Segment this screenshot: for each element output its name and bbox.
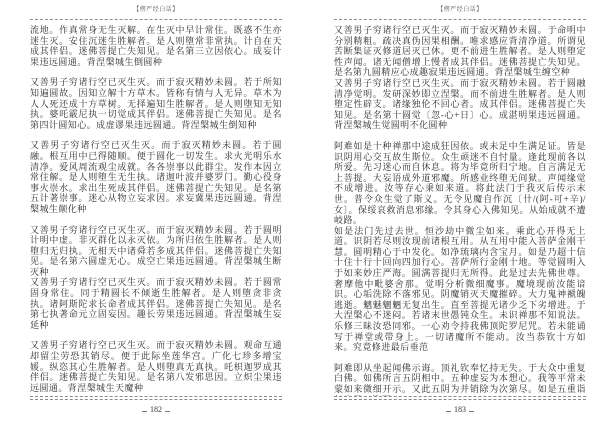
page-number: 182 [30,405,282,414]
footer-divider [334,396,586,400]
page-header-title: 【楞严经白话】 [30,6,282,15]
page-left: 【楞严经白话】 流地。作真常身无生灭解。在生灭中早计常住。既惑不生亦迷生灭。安住… [0,0,300,424]
page-right-footer: 183 [334,396,586,414]
page-number-dash [165,411,170,412]
body-paragraph: 又善男子穷诸行空已灭生灭。而于寂灭精妙未圆。若于所知知遍圆故。因知立解十方草木。… [30,77,282,130]
page-right-body: 又善男子穷诸行空已灭生灭。而于寂灭精妙未圆。于命明中分别精粗。疏决真伪因果相酬。… [334,20,586,396]
body-paragraph: 又善男子穷诸行空已灭生灭。而于寂灭精妙未圆。于命明中分别精粗。疏决真伪因果相酬。… [334,25,586,78]
body-paragraph: 阿难如是十种禅那中途成狂因依。或未足中生满足证。皆是识阴用心交互故生斯位。众生顽… [334,141,586,226]
page-header-title: 【楞严经白话】 [334,6,586,15]
body-paragraph: 又善男子穷诸行空已灭生灭。而于寂灭精妙未圆。若于圆融清净觉明。发研深妙即立涅槃。… [334,78,586,131]
page-number: 183 [334,405,586,414]
body-paragraph: 又善男子穷诸行空已灭生灭。而于寂灭精妙未圆。若于圆融。根互用中已得随顺。便于圆化… [30,140,282,214]
page-number-dash [142,411,147,412]
page-left-body: 流地。作真常身无生灭解。在生灭中早计常住。既惑不生亦迷生灭。安住沉迷生胜解者。是… [30,20,282,396]
page-right: 【楞严经白话】 又善男子穷诸行空已灭生灭。而于寂灭精妙未圆。于命明中分别精粗。疏… [300,0,600,424]
body-paragraph: 又善男子穷诸行空已灭生灭。而于寂灭精妙未圆。观命互通却留尘劳恐其销尽。便于此际坐… [30,340,282,393]
footer-divider [30,396,282,400]
page-number-value: 182 [150,405,162,414]
body-paragraph: 又善男子穷诸行空已灭生灭。而于寂灭精妙未圆。若于圆常固身常住。同于精圆长不倾逝生… [30,277,282,330]
page-number-dash [469,411,474,412]
page-left-footer: 182 [30,396,282,414]
body-paragraph: 阿难即从坐起闻佛示诲。顶礼钦奉忆持无失。于大众中重复白佛。如佛所言五阴相中。五种… [334,363,586,396]
book-spread: 【楞严经白话】 流地。作真常身无生灭解。在生灭中早计常住。既惑不生亦迷生灭。安住… [0,0,600,424]
body-paragraph: 流地。作真常身无生灭解。在生灭中早计常住。既惑不生亦迷生灭。安住沉迷生胜解者。是… [30,25,282,67]
body-paragraph: 如是法门先过去世。恒沙劫中微尘如来。乘此心开得无上道。识阴若尽则汝现前诸根互用。… [334,226,586,353]
page-right-header: 【楞严经白话】 [334,6,586,20]
page-left-header: 【楞严经白话】 [30,6,282,20]
page-number-dash [446,411,451,412]
body-paragraph: 又善男子穷诸行空已灭生灭。而于寂灭精妙未圆。若于圆明计明中虚。非灭群化以永灭依。… [30,225,282,278]
page-number-value: 183 [454,405,466,414]
